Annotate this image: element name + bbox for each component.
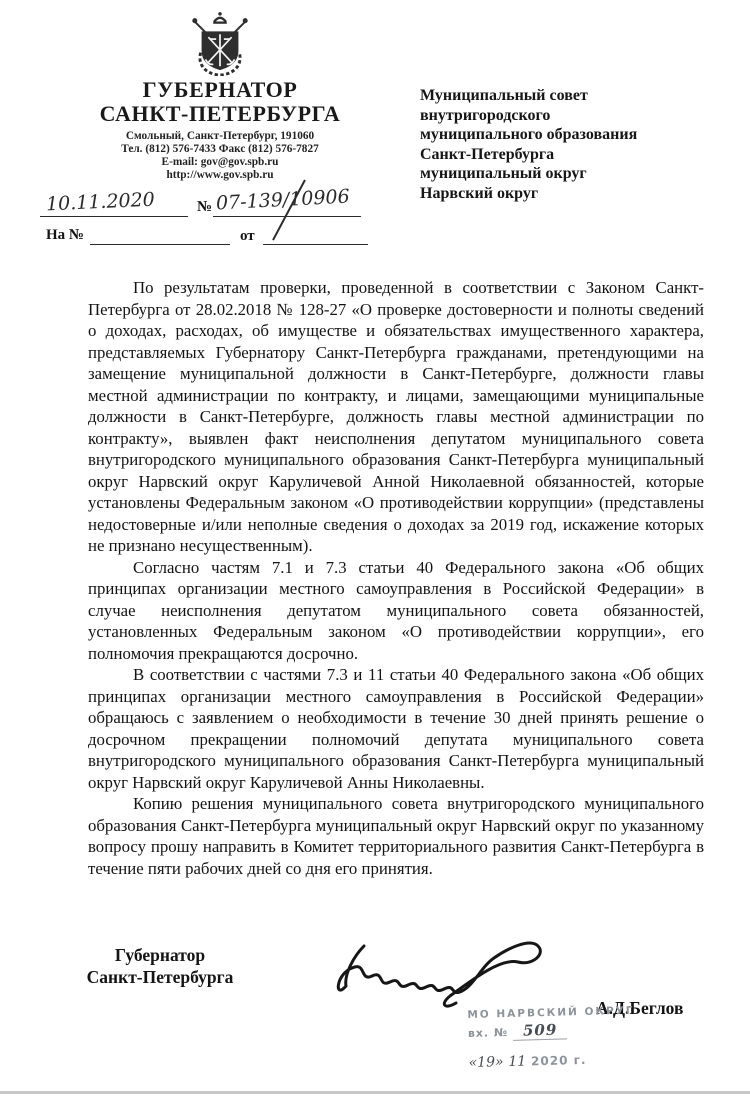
org-title-line1: ГУБЕРНАТОР xyxy=(52,78,388,102)
outgoing-number-handwritten: 07-139/10906 xyxy=(216,186,351,215)
org-address: Смольный, Санкт-Петербург, 191060 xyxy=(52,130,388,143)
number-sign: № xyxy=(197,199,212,216)
outgoing-date-handwritten: 10.11.2020 xyxy=(46,189,156,216)
reply-from-label: от xyxy=(240,228,255,245)
date-underline xyxy=(40,216,188,217)
stamp-entry-row: вх. № 509 xyxy=(468,1017,698,1041)
letterhead: ГУБЕРНАТОР САНКТ-ПЕТЕРБУРГА Смольный, Са… xyxy=(52,8,388,183)
addressee-line: Муниципальный совет xyxy=(420,86,720,106)
org-website: http://www.gov.spb.ru xyxy=(52,169,388,182)
stamp-date-year: 2020 г. xyxy=(531,1053,587,1068)
reply-number-blank xyxy=(90,244,230,245)
org-phone-fax: Тел. (812) 576-7433 Факс (812) 576-7827 xyxy=(52,143,388,156)
stamp-date-day-handwritten: «19» xyxy=(468,1054,503,1071)
incoming-stamp: МО Нарвский округ вх. № 509 «19» 11 2020… xyxy=(467,1003,699,1071)
body-paragraph: Копию решения муниципального совета внут… xyxy=(88,793,704,879)
scan-edge-line xyxy=(0,1091,750,1094)
stamp-entry-number-handwritten: 509 xyxy=(513,1020,568,1040)
spb-coat-of-arms-icon xyxy=(189,8,251,76)
signer-post-line1: Губернатор xyxy=(80,944,240,966)
signer-post-line2: Санкт-Петербурга xyxy=(80,966,240,988)
stamp-date-month-handwritten: 11 xyxy=(508,1053,526,1069)
addressee-line: муниципального образования xyxy=(420,125,720,145)
signer-post: Губернатор Санкт-Петербурга xyxy=(80,944,240,988)
body-paragraph: Согласно частям 7.1 и 7.3 статьи 40 Феде… xyxy=(88,557,704,665)
stamp-entry-label: вх. № xyxy=(468,1026,509,1040)
reply-to-label: На № xyxy=(46,227,84,244)
addressee-line: Нарвский округ xyxy=(420,184,720,204)
addressee-line: Санкт-Петербурга xyxy=(420,145,720,165)
org-title-line2: САНКТ-ПЕТЕРБУРГА xyxy=(52,102,388,126)
body-paragraph: В соответствии с частями 7.3 и 11 статьи… xyxy=(88,664,704,793)
scanned-letter-page: ГУБЕРНАТОР САНКТ-ПЕТЕРБУРГА Смольный, Са… xyxy=(0,0,750,1104)
letter-body: По результатам проверки, проведенной в с… xyxy=(88,277,704,879)
addressee-block: Муниципальный совет внутригородского мун… xyxy=(420,86,720,204)
reply-date-blank xyxy=(263,244,368,245)
handwritten-signature-icon xyxy=(330,928,570,1018)
addressee-line: муниципальный округ xyxy=(420,164,720,184)
addressee-line: внутригородского xyxy=(420,106,720,126)
number-underline xyxy=(213,216,361,217)
body-paragraph: По результатам проверки, проведенной в с… xyxy=(88,277,704,557)
stamp-date-row: «19» 11 2020 г. xyxy=(468,1049,698,1071)
org-email: E-mail: gov@gov.spb.ru xyxy=(52,156,388,169)
